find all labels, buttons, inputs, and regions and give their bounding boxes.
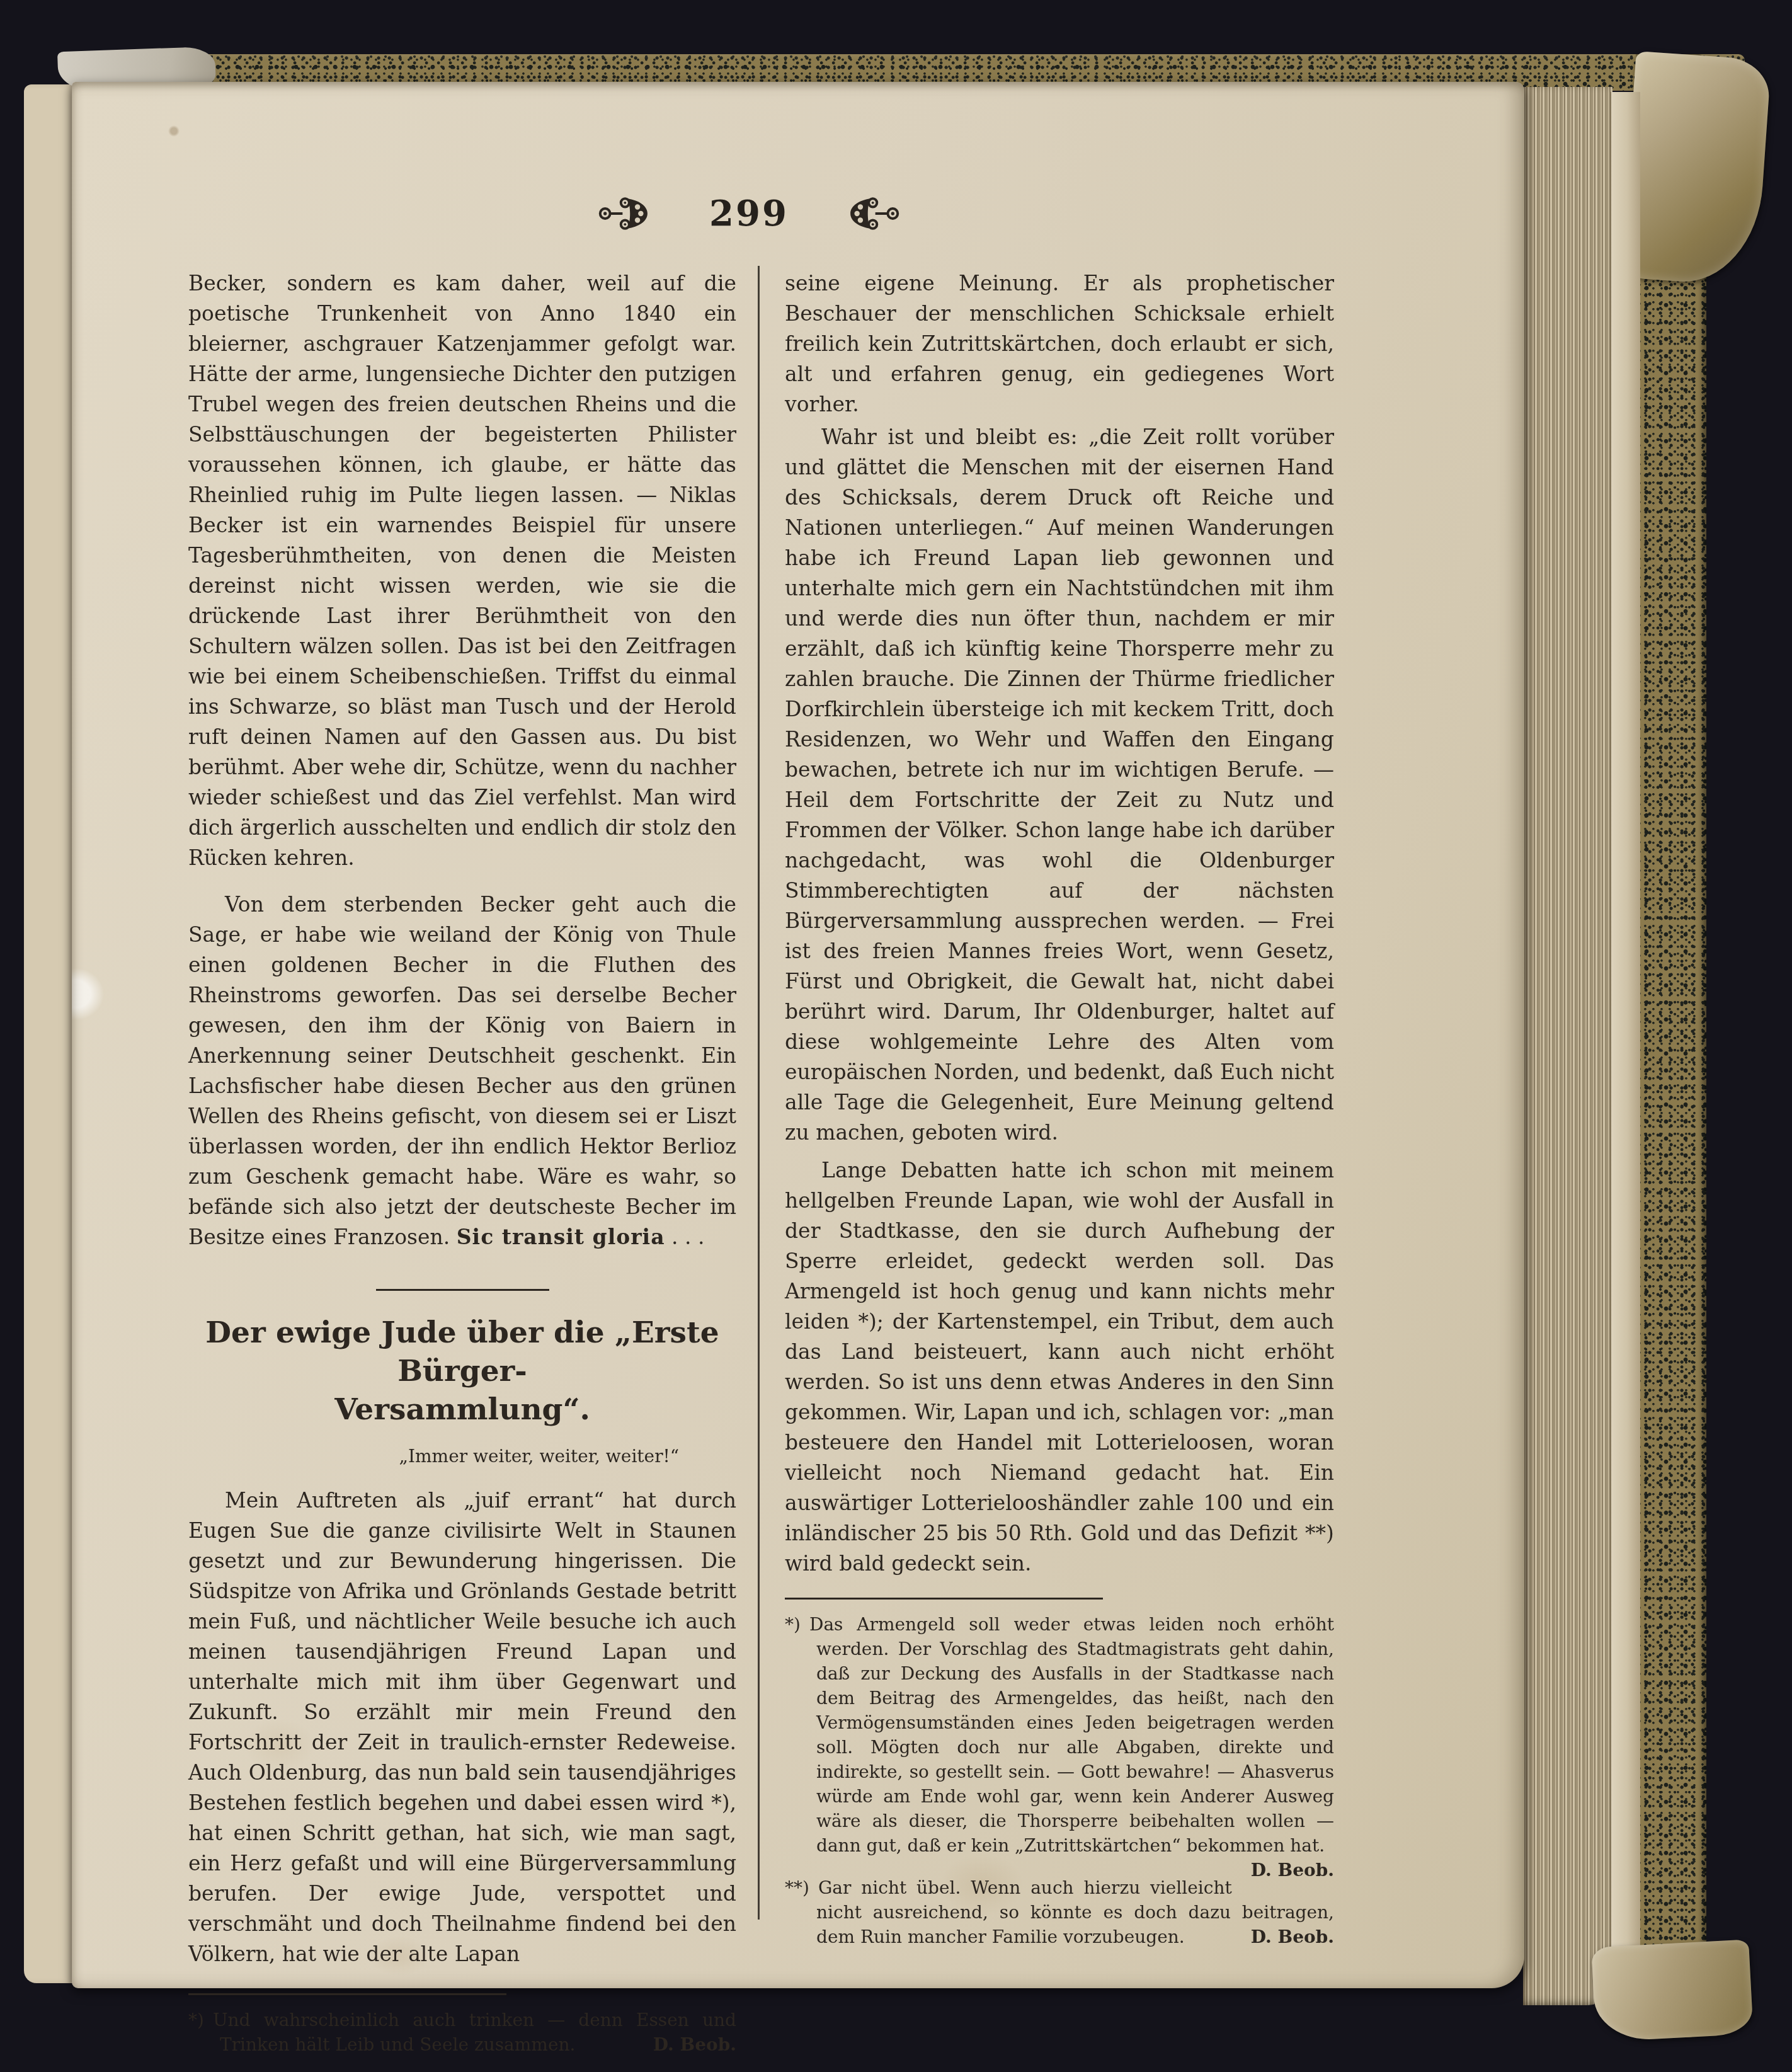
- latin-phrase: Sic transit gloria: [457, 1225, 665, 1249]
- section-motto: „Immer weiter, weiter, weiter!“: [188, 1445, 736, 1468]
- fleuron-ornament-right-icon: [847, 195, 901, 232]
- footnote: *)Das Armengeld soll weder etwas leiden …: [785, 1612, 1334, 1858]
- under-page-gutter-edge: [24, 84, 76, 1983]
- book-cover-right-edge: [1636, 54, 1706, 2037]
- section-divider-rule: [376, 1289, 549, 1291]
- left-column: Becker, sondern es kam daher, weil auf d…: [188, 268, 736, 2072]
- fleuron-ornament-left-icon: [597, 195, 651, 232]
- column-divider-rule: [758, 266, 760, 1920]
- footnote-marker: **): [785, 1877, 818, 1898]
- body-paragraph: Wahr ist und bleibt es: „die Zeit rollt …: [785, 422, 1334, 1148]
- body-paragraph: Lange Debatten hatte ich schon mit meine…: [785, 1155, 1334, 1579]
- footnote-marker: *): [188, 2010, 213, 2030]
- footnote-text: Das Armengeld soll weder etwas leiden no…: [809, 1614, 1334, 1856]
- footnote-rule: [188, 1993, 506, 1995]
- inner-page-edge: [1610, 92, 1640, 2000]
- page-number: 299: [709, 193, 789, 234]
- worn-cover-corner-top: [1621, 51, 1772, 287]
- body-paragraph: Von dem sterbenden Becker geht auch die …: [188, 890, 736, 1252]
- footnote: *)Und wahrscheinlich auch trinken — denn…: [188, 2008, 736, 2057]
- footnote-rule: [785, 1598, 1103, 1600]
- footnote-signature: D. Beob.: [1232, 1925, 1334, 1949]
- footnote-signature: D. Beob.: [1232, 1858, 1334, 1882]
- scanned-book-photo: 299 Becker, sondern es kam daher, weil a…: [0, 0, 1792, 2072]
- paragraph-text: Von dem sterbenden Becker geht auch die …: [188, 892, 736, 1249]
- footnote: **)Gar nicht übel. Wenn auch hierzu viel…: [785, 1875, 1334, 1949]
- footnote-signature: D. Beob.: [634, 2032, 736, 2057]
- paragraph-text: . . .: [665, 1225, 705, 1249]
- section-heading: Der ewige Jude über die „Erste Bürger-Ve…: [188, 1314, 736, 1429]
- right-column: seine eigene Meinung. Er als prophetisch…: [785, 268, 1334, 1967]
- body-paragraph: Becker, sondern es kam daher, weil auf d…: [188, 268, 736, 873]
- page-header: 299: [72, 193, 1426, 234]
- footnote-marker: *): [785, 1614, 809, 1635]
- body-paragraph: Mein Auftreten als „juif errant“ hat dur…: [188, 1485, 736, 1969]
- page-fore-edge-stack: [1523, 87, 1612, 2005]
- body-paragraph: seine eigene Meinung. Er als prophetisch…: [785, 268, 1334, 420]
- book-page: 299 Becker, sondern es kam daher, weil a…: [72, 82, 1524, 1988]
- worn-cover-corner-bottom: [1591, 1940, 1754, 2042]
